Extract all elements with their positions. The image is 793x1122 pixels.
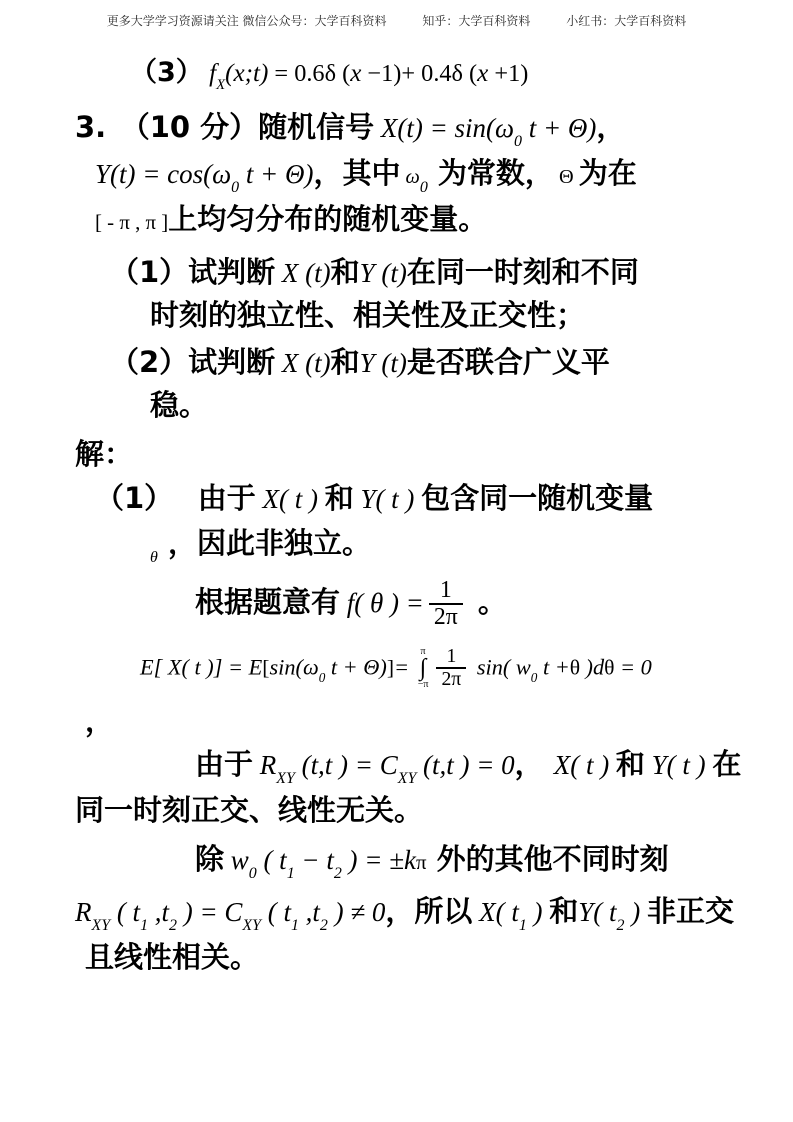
text-run: 根据题意有 [195, 585, 340, 619]
text-run: ，其中 [313, 156, 400, 190]
solution-label: 解： [75, 435, 763, 474]
math-italic-run: x [350, 60, 361, 87]
text-run: 和 [549, 894, 578, 928]
math-italic-run: X (t) [275, 348, 330, 378]
text-run: 时刻的独立性、相关性及正交性； [150, 298, 585, 332]
text-run: ，所以 [385, 894, 472, 928]
math-roman-run: −1 [361, 60, 393, 87]
math-italic-run: X( t [472, 897, 518, 927]
math-roman-run: Θ [554, 166, 579, 188]
math-roman-run: +1 [488, 60, 520, 87]
document-page: 更多大学学习资源请关注 微信公众号：大学百科资料 知乎：大学百科资料 小红书：大… [0, 0, 793, 1122]
promo-header-zhihu: 知乎：大学百科资料 [422, 14, 530, 28]
text-run: 3. （10 分）随机信号 [75, 110, 374, 144]
math-italic-run: sin(ω [269, 655, 318, 680]
text-run: 上均匀分布的随机变量。 [168, 202, 487, 236]
math-italic-run: X( t ) [256, 484, 325, 514]
math-italic-run: (x;t) [225, 60, 268, 87]
text-run: 和 [331, 345, 360, 379]
math-subscript-run: 1 [291, 917, 299, 934]
fraction: 12π [436, 646, 466, 689]
math-italic-run: = [394, 655, 415, 680]
math-subscript-run: 1 [519, 917, 527, 934]
solution1-density: 根据题意有 f( θ ) =12π 。 [195, 578, 763, 630]
integral: π∫−π [418, 647, 429, 689]
question1-line1: （1）试判断 X (t)和Y (t)在同一时刻和不同 [110, 253, 763, 292]
text-run: 和 [325, 481, 354, 515]
math-subscript-run: 1 [140, 917, 148, 934]
math-subscript-run: 0 [231, 179, 239, 196]
math-subscript-run: XY [242, 917, 261, 934]
math-roman-run: θ [570, 656, 586, 680]
promo-header-wechat: 更多大学学习资源请关注 微信公众号：大学百科资料 [107, 14, 387, 28]
solution1-crosscorr-line1: RXY ( t1 ,t2 ) = CXY ( t1 ,t2 ) ≠ 0，所以 X… [75, 892, 763, 936]
question2-line2: 稳。 [150, 386, 763, 425]
text-run: 稳。 [150, 388, 208, 422]
math-italic-run: Y( t ) [354, 484, 421, 514]
math-italic-run: )d [586, 655, 605, 680]
solution1-mean-formula: E[ X( t )] = E[sin(ω0 t + Θ)]= π∫−π12π s… [140, 646, 763, 689]
math-roman-run: π [416, 850, 427, 874]
math-italic-run: X(t) = sin(ω [374, 113, 514, 143]
text-run: 解： [75, 437, 133, 471]
text-run: 和 [616, 747, 645, 781]
math-roman-run: + 0.4δ ( [401, 60, 477, 87]
text-run: 且线性相关。 [85, 940, 259, 974]
fraction-numerator: 1 [429, 578, 463, 603]
math-italic-run: Y (t) [360, 258, 407, 288]
math-subscript-run: θ [150, 549, 158, 566]
math-italic-run: Y( t [578, 897, 616, 927]
text-run: 。 [468, 585, 507, 619]
math-italic-run: = 0 [614, 655, 651, 680]
math-italic-run: (t,t ) = C [295, 750, 398, 780]
math-italic-run: R [75, 897, 91, 927]
text-run: 在同一时刻和不同 [407, 255, 639, 289]
solution1-except-line: 除 w0 ( t1 − t2 ) = ±kπ 外的其他不同时刻 [195, 840, 763, 884]
text-run: （3） [130, 57, 203, 88]
math-italic-run: ,t [148, 897, 169, 927]
text-run: 非正交 [647, 894, 734, 928]
math-italic-run: ) = C [177, 897, 242, 927]
fraction-denominator: 2π [429, 603, 463, 630]
text-run: ， [515, 747, 554, 781]
math-roman-run: ] [387, 656, 394, 680]
math-roman-run: θ [604, 656, 614, 680]
math-italic-run: − t [295, 845, 334, 875]
fraction-denominator: 2π [436, 667, 466, 690]
math-italic-run: t + Θ) [239, 159, 313, 189]
document-body: （3） fX(x;t) = 0.6δ (x −1)+ 0.4δ (x +1)3.… [0, 29, 793, 977]
text-run: 是否联合广义平 [407, 345, 610, 379]
problem3-intro-1: 3. （10 分）随机信号 X(t) = sin(ω0 t + Θ)， [75, 108, 763, 152]
math-italic-run: Y (t) [360, 348, 407, 378]
math-subscript-run: 1 [287, 864, 295, 881]
math-italic-run: f( θ ) = [340, 588, 424, 618]
math-italic-run: R [253, 750, 276, 780]
math-roman-run: ) [520, 60, 528, 87]
integral-sign-icon: ∫ [420, 657, 427, 680]
solution1-orthogonal-line2: 同一时刻正交、线性无关。 [75, 791, 763, 830]
math-subscript-run: 2 [169, 917, 177, 934]
integral-lower-limit: −π [418, 680, 429, 690]
solution1-line1: （1） 由于 X( t ) 和 Y( t ) 包含同一随机变量 [95, 479, 763, 518]
solution1-crosscorr-line2: 且线性相关。 [85, 938, 763, 977]
question1-line2: 时刻的独立性、相关性及正交性； [150, 296, 763, 335]
math-italic-run: E[ X( t )] = E [140, 655, 262, 680]
text-run: 同一时刻正交、线性无关。 [75, 793, 423, 827]
math-italic-run: ) [624, 897, 646, 927]
math-subscript-run: 0 [420, 179, 428, 196]
math-subscript-run: 2 [334, 864, 342, 881]
math-roman-run: [ - π , π ] [95, 210, 168, 234]
text-run: 由于 [195, 747, 253, 781]
fraction-numerator: 1 [436, 646, 466, 667]
text-run: 在 [712, 747, 741, 781]
math-italic-run: ( t [257, 845, 287, 875]
problem3-intro-3: [ - π , π ]上均匀分布的随机变量。 [95, 200, 763, 239]
math-roman-run: = 0.6δ ( [268, 60, 350, 87]
math-italic-run: w [224, 845, 249, 875]
math-italic-run: X (t) [275, 258, 330, 288]
text-run: ， [596, 110, 625, 144]
math-italic-run: (t,t ) = 0 [416, 750, 514, 780]
math-italic-run: ) = ±k [342, 845, 416, 875]
item3-answer: （3） fX(x;t) = 0.6δ (x −1)+ 0.4δ (x +1) [130, 55, 763, 96]
solution1-orthogonal-line1: 由于 RXY (t,t ) = CXY (t,t ) = 0， X( t ) 和… [195, 745, 763, 789]
math-subscript-run: XY [276, 769, 295, 786]
text-run: （1）试判断 [110, 255, 275, 289]
math-italic-run: Y(t) = cos(ω [95, 159, 231, 189]
math-subscript-run: 2 [320, 917, 328, 934]
math-subscript-run: X [216, 77, 225, 93]
math-italic-run: ) ≠ 0 [328, 897, 386, 927]
solution1-comma: ， [85, 702, 763, 741]
promo-header-xiaohongshu: 小红书：大学百科资料 [566, 14, 686, 28]
question2-line1: （2）试判断 X (t)和Y (t)是否联合广义平 [110, 343, 763, 382]
text-run: 外的其他不同时刻 [427, 842, 669, 876]
math-italic-run: ( t [261, 897, 291, 927]
text-run: （1） 由于 [95, 481, 256, 515]
math-italic-run: t + Θ) [325, 655, 387, 680]
promo-header: 更多大学学习资源请关注 微信公众号：大学百科资料 知乎：大学百科资料 小红书：大… [0, 0, 793, 29]
math-italic-run: ω [400, 166, 419, 188]
math-italic-run: X( t ) [554, 750, 616, 780]
text-run: 为在 [579, 156, 637, 190]
math-italic-run: ) [527, 897, 549, 927]
math-subscript-run: 0 [514, 133, 522, 150]
math-italic-run: t + [537, 655, 569, 680]
text-run: 除 [195, 842, 224, 876]
text-run: 包含同一随机变量 [421, 481, 653, 515]
math-italic-run: ,t [299, 897, 320, 927]
text-run: （2）试判断 [110, 345, 275, 379]
math-subscript-run: XY [91, 917, 110, 934]
math-italic-run: ( t [110, 897, 140, 927]
math-italic-run: Y( t ) [645, 750, 712, 780]
math-subscript-run: XY [398, 769, 417, 786]
solution1-line2: θ ，因此非独立。 [150, 524, 763, 568]
math-italic-run: x [477, 60, 488, 87]
math-italic-run: f [203, 60, 216, 87]
fraction: 12π [429, 578, 463, 630]
problem3-intro-2: Y(t) = cos(ω0 t + Θ)，其中 ω0 为常数， Θ 为在 [95, 154, 763, 198]
math-italic-run: t + Θ) [522, 113, 596, 143]
text-run: ，因此非独立。 [158, 526, 371, 560]
text-run: ， [85, 704, 114, 738]
text-run: 为常数， [428, 156, 554, 190]
math-subscript-run: 0 [249, 864, 257, 881]
text-run: 和 [331, 255, 360, 289]
math-italic-run: sin( w [471, 655, 531, 680]
